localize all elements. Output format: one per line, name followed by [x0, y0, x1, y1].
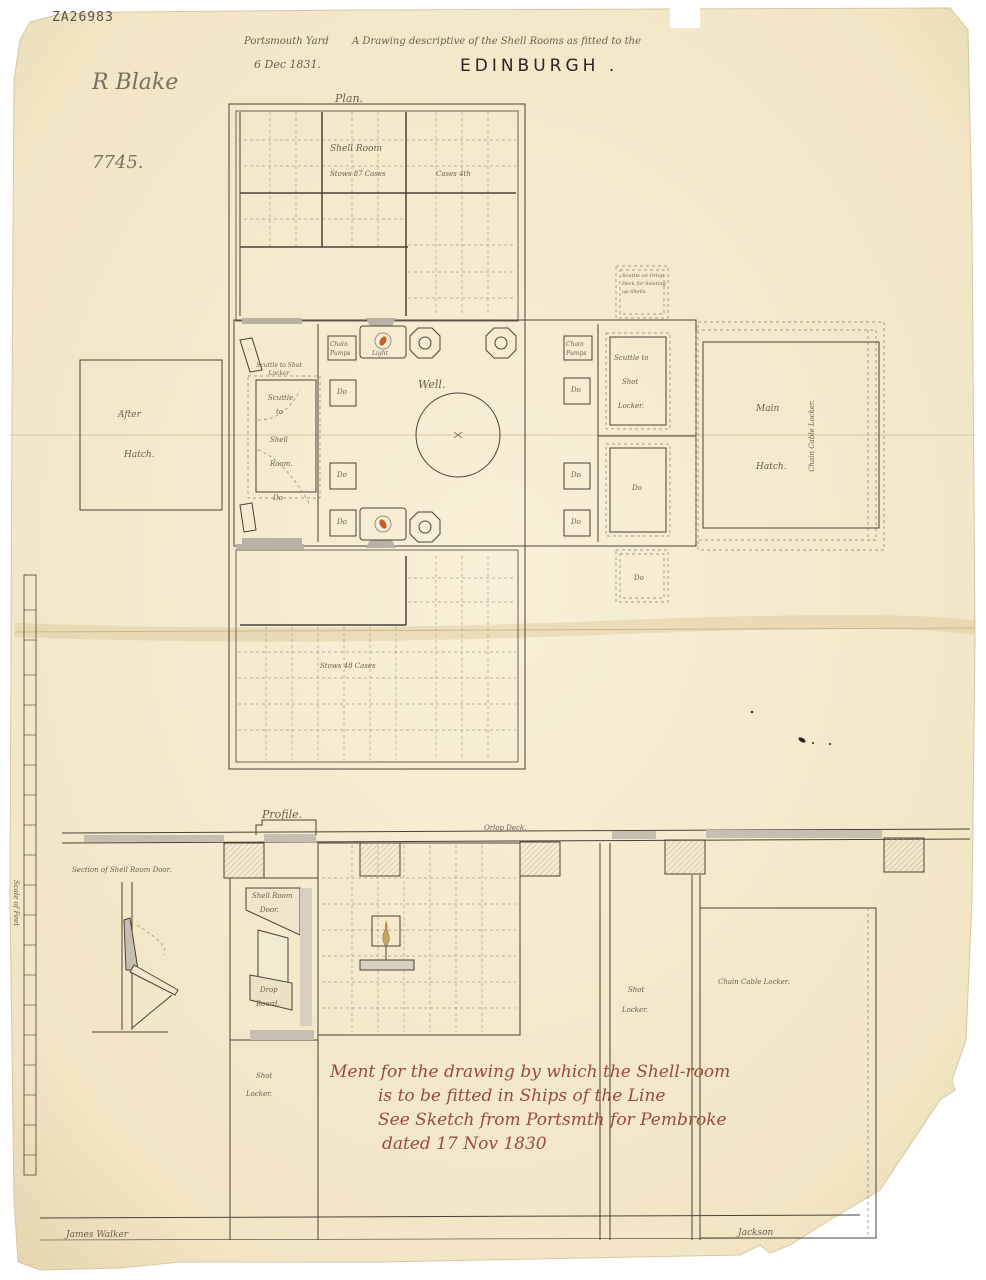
- shot-locker-left-line2: Locker.: [246, 1090, 272, 1098]
- annotation-line-2: is to be fitted in Ships of the Line: [378, 1086, 665, 1106]
- shell-room-door-line1: Shell Room: [252, 892, 293, 900]
- shot-locker-right-line1: Shot: [628, 986, 644, 994]
- scuttle-shot-right-line3: Locker.: [618, 402, 644, 410]
- scuttle-shot-right-line1: Scuttle to: [614, 354, 648, 362]
- ditto-label: Do: [337, 471, 347, 479]
- catalogue-number: 7745.: [92, 152, 144, 173]
- annotation-line-4: dated 17 Nov 1830: [382, 1134, 547, 1154]
- left-room-line4: Room.: [270, 460, 293, 468]
- light-label: Light: [372, 350, 388, 357]
- drawing-sheet: ZA26983 R Blake 7745. Portsmouth Yard 6 …: [0, 0, 986, 1280]
- header-date: 6 Dec 1831.: [254, 58, 321, 71]
- ditto-label: Do: [634, 574, 644, 582]
- accession-number: ZA26983: [52, 10, 114, 25]
- signature-bottom-right: Jackson: [738, 1228, 773, 1238]
- header-yard: Portsmouth Yard: [244, 36, 329, 47]
- annotation-line-1: Ment for the drawing by which the Shell-…: [330, 1062, 730, 1082]
- scuttle-orlop-note: Scuttle on Orlop Deck for hoisting up Sh…: [622, 272, 666, 296]
- chain-cable-locker-vertical: Chain Cable Locker.: [808, 400, 816, 472]
- profile-heading: Profile.: [262, 808, 302, 821]
- chain-pump-right: Chain Pumps: [566, 340, 592, 358]
- left-room-line2: to: [276, 408, 283, 416]
- shot-locker-left-line1: Shot: [256, 1072, 272, 1080]
- ditto-label: Do: [632, 484, 642, 492]
- fore-shell-room-stows: Stows 87 Cases: [330, 170, 386, 178]
- shell-room-door-line2: Door.: [260, 906, 279, 914]
- fore-shell-room-label: Shell Room: [330, 144, 382, 154]
- signature-bottom-left: James Walker: [66, 1230, 128, 1240]
- scale-label: Scale of Feet: [12, 880, 20, 926]
- left-room-line3: Shell: [270, 436, 288, 444]
- plan-heading: Plan.: [335, 92, 363, 105]
- ditto-label: Do: [571, 386, 581, 394]
- fore-shell-room-cases: Cases 4th: [436, 170, 471, 178]
- ditto-label: Do: [273, 494, 283, 502]
- signature-top: R Blake: [92, 70, 178, 95]
- aft-shell-room-label: Stows 48 Cases: [320, 662, 376, 670]
- ditto-label: Do: [337, 388, 347, 396]
- after-hatch-line1: After: [118, 410, 141, 420]
- annotation-line-3: See Sketch from Portsmth for Pembroke: [378, 1110, 727, 1130]
- main-hatch-line1: Main: [756, 404, 779, 414]
- drop-board-line1: Drop: [260, 986, 278, 994]
- orlop-deck-label: Orlop Deck.: [484, 824, 526, 832]
- ditto-label: Do: [337, 518, 347, 526]
- scuttle-shot-right-line2: Shot: [622, 378, 638, 386]
- main-hatch-line2: Hatch.: [756, 462, 787, 472]
- scuttle-shot-locker-left: Scuttle to Shot Locker: [252, 362, 306, 378]
- well-label: Well.: [418, 378, 445, 391]
- ditto-label: Do: [571, 518, 581, 526]
- header-description: A Drawing descriptive of the Shell Rooms…: [352, 36, 641, 47]
- ditto-label: Do: [571, 471, 581, 479]
- chain-cable-locker-label: Chain Cable Locker.: [718, 978, 790, 986]
- shot-locker-right-line2: Locker.: [622, 1006, 648, 1014]
- drop-board-line2: Board.: [256, 1000, 280, 1008]
- ship-title: EDINBURGH .: [460, 56, 618, 76]
- section-door-label: Section of Shell Room Door.: [72, 866, 171, 874]
- after-hatch-line2: Hatch.: [124, 450, 155, 460]
- chain-pump-left: Chain Pumps: [330, 340, 356, 358]
- left-room-line1: Scuttle: [268, 394, 293, 402]
